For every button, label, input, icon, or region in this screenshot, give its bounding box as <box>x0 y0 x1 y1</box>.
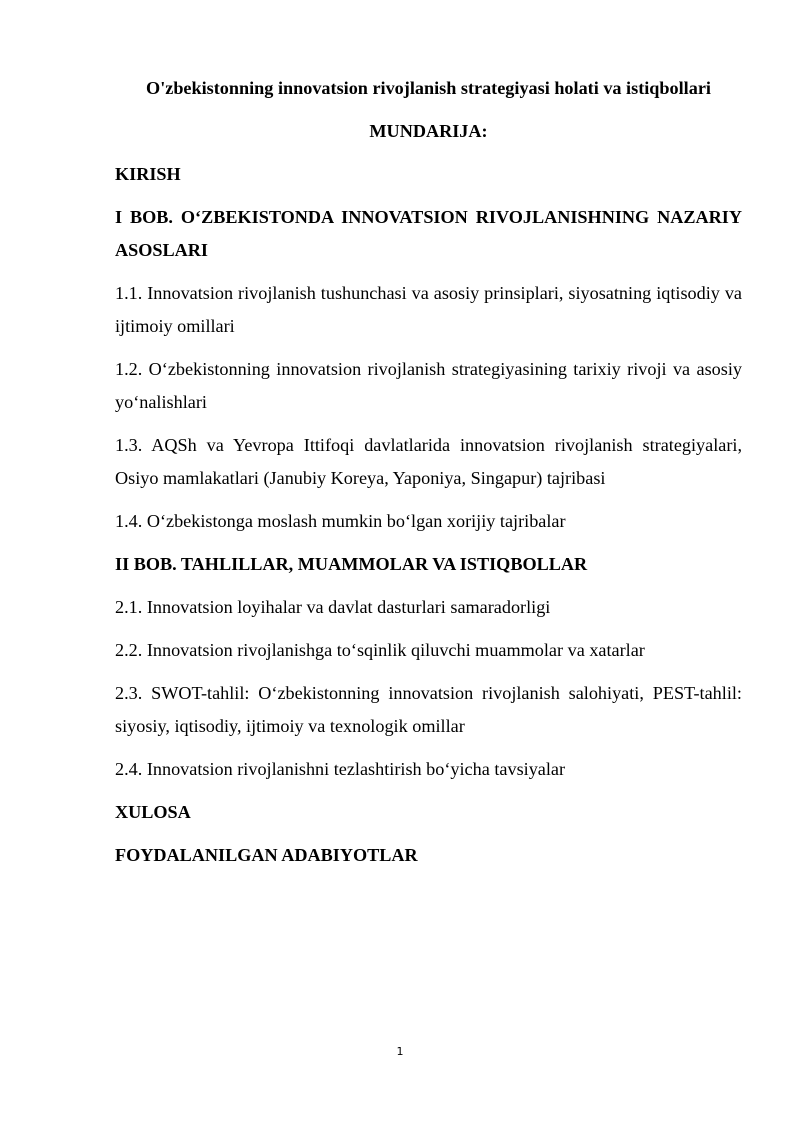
toc-section-heading: KIRISH <box>115 158 742 191</box>
toc-entry: 2.2. Innovatsion rivojlanishga to‘sqinli… <box>115 634 742 667</box>
toc-section-heading: FOYDALANILGAN ADABIYOTLAR <box>115 839 742 872</box>
toc-heading: MUNDARIJA: <box>115 115 742 148</box>
toc-entry: 2.1. Innovatsion loyihalar va davlat das… <box>115 591 742 624</box>
page-number: 1 <box>0 1045 800 1058</box>
document-title: O'zbekistonning innovatsion rivojlanish … <box>115 72 742 105</box>
document-page: O'zbekistonning innovatsion rivojlanish … <box>0 0 800 1131</box>
toc-entry: 2.4. Innovatsion rivojlanishni tezlashti… <box>115 753 742 786</box>
toc-section-heading: II BOB. TAHLILLAR, MUAMMOLAR VA ISTIQBOL… <box>115 548 742 581</box>
toc-entry: 1.1. Innovatsion rivojlanish tushunchasi… <box>115 277 742 343</box>
toc-section-heading: I BOB. O‘ZBEKISTONDA INNOVATSION RIVOJLA… <box>115 201 742 267</box>
toc-entry: 1.2. O‘zbekistonning innovatsion rivojla… <box>115 353 742 419</box>
table-of-contents: KIRISHI BOB. O‘ZBEKISTONDA INNOVATSION R… <box>115 158 742 872</box>
toc-entry: 1.3. AQSh va Yevropa Ittifoqi davlatlari… <box>115 429 742 495</box>
toc-entry: 1.4. O‘zbekistonga moslash mumkin bo‘lga… <box>115 505 742 538</box>
page-content: O'zbekistonning innovatsion rivojlanish … <box>115 72 742 882</box>
toc-section-heading: XULOSA <box>115 796 742 829</box>
toc-entry: 2.3. SWOT-tahlil: O‘zbekistonning innova… <box>115 677 742 743</box>
